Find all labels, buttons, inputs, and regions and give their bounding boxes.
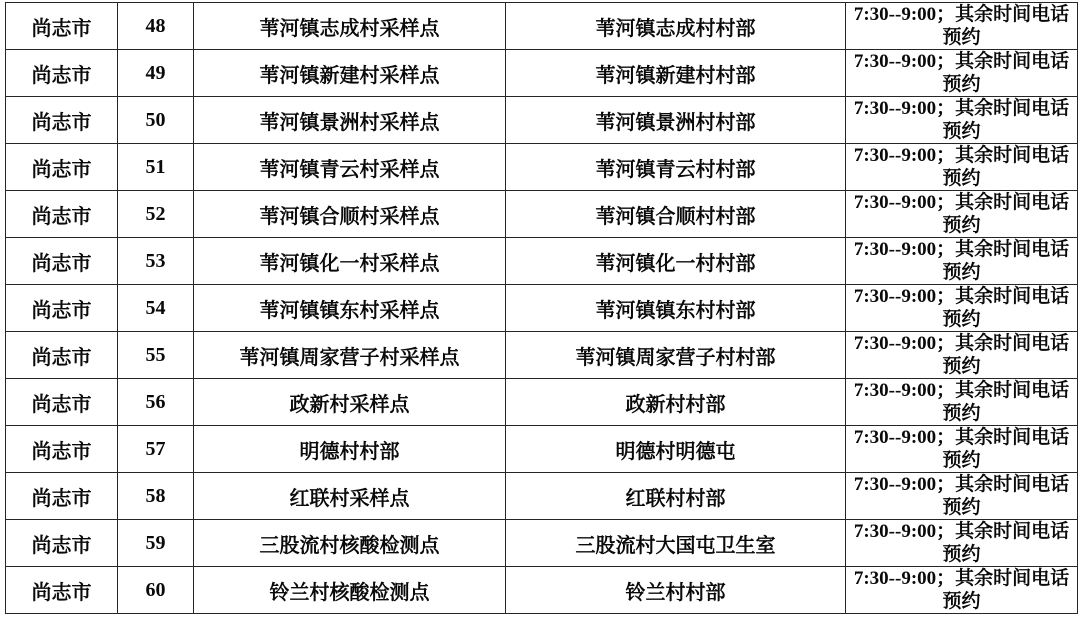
cell-location: 明德村明德屯 [506,426,846,473]
table-row: 尚志市52苇河镇合顺村采样点苇河镇合顺村村部7:30--9:00；其余时间电话预… [6,191,1078,238]
cell-city: 尚志市 [6,426,118,473]
cell-no: 50 [118,97,194,144]
cell-site: 苇河镇新建村采样点 [194,50,506,97]
table-row: 尚志市60铃兰村核酸检测点铃兰村村部7:30--9:00；其余时间电话预约 [6,567,1078,614]
cell-hours: 7:30--9:00；其余时间电话预约 [846,567,1078,614]
table-row: 尚志市51苇河镇青云村采样点苇河镇青云村村部7:30--9:00；其余时间电话预… [6,144,1078,191]
table-row: 尚志市55苇河镇周家营子村采样点苇河镇周家营子村村部7:30--9:00；其余时… [6,332,1078,379]
cell-no: 52 [118,191,194,238]
cell-city: 尚志市 [6,473,118,520]
cell-no: 54 [118,285,194,332]
table-row: 尚志市50苇河镇景洲村采样点苇河镇景洲村村部7:30--9:00；其余时间电话预… [6,97,1078,144]
sampling-points-table: 尚志市48苇河镇志成村采样点苇河镇志成村村部7:30--9:00；其余时间电话预… [5,2,1078,614]
cell-site: 铃兰村核酸检测点 [194,567,506,614]
table-row: 尚志市57明德村村部明德村明德屯7:30--9:00；其余时间电话预约 [6,426,1078,473]
cell-no: 49 [118,50,194,97]
cell-location: 红联村村部 [506,473,846,520]
cell-no: 55 [118,332,194,379]
cell-hours: 7:30--9:00；其余时间电话预约 [846,144,1078,191]
cell-no: 59 [118,520,194,567]
cell-location: 苇河镇新建村村部 [506,50,846,97]
cell-hours: 7:30--9:00；其余时间电话预约 [846,191,1078,238]
cell-site: 三股流村核酸检测点 [194,520,506,567]
cell-hours: 7:30--9:00；其余时间电话预约 [846,426,1078,473]
cell-hours: 7:30--9:00；其余时间电话预约 [846,285,1078,332]
cell-city: 尚志市 [6,3,118,50]
table-row: 尚志市54苇河镇镇东村采样点苇河镇镇东村村部7:30--9:00；其余时间电话预… [6,285,1078,332]
cell-location: 苇河镇化一村村部 [506,238,846,285]
cell-no: 56 [118,379,194,426]
cell-site: 苇河镇景洲村采样点 [194,97,506,144]
cell-location: 苇河镇青云村村部 [506,144,846,191]
cell-city: 尚志市 [6,379,118,426]
cell-hours: 7:30--9:00；其余时间电话预约 [846,97,1078,144]
cell-city: 尚志市 [6,144,118,191]
cell-site: 红联村采样点 [194,473,506,520]
cell-city: 尚志市 [6,238,118,285]
cell-site: 苇河镇青云村采样点 [194,144,506,191]
cell-no: 53 [118,238,194,285]
table-row: 尚志市58红联村采样点红联村村部7:30--9:00；其余时间电话预约 [6,473,1078,520]
cell-city: 尚志市 [6,191,118,238]
cell-city: 尚志市 [6,567,118,614]
cell-site: 苇河镇化一村采样点 [194,238,506,285]
cell-location: 政新村村部 [506,379,846,426]
cell-no: 51 [118,144,194,191]
cell-site: 苇河镇志成村采样点 [194,3,506,50]
cell-city: 尚志市 [6,50,118,97]
cell-hours: 7:30--9:00；其余时间电话预约 [846,50,1078,97]
cell-no: 57 [118,426,194,473]
cell-location: 苇河镇镇东村村部 [506,285,846,332]
cell-site: 苇河镇周家营子村采样点 [194,332,506,379]
cell-hours: 7:30--9:00；其余时间电话预约 [846,332,1078,379]
cell-hours: 7:30--9:00；其余时间电话预约 [846,238,1078,285]
table-row: 尚志市48苇河镇志成村采样点苇河镇志成村村部7:30--9:00；其余时间电话预… [6,3,1078,50]
cell-hours: 7:30--9:00；其余时间电话预约 [846,520,1078,567]
cell-hours: 7:30--9:00；其余时间电话预约 [846,3,1078,50]
cell-site: 苇河镇合顺村采样点 [194,191,506,238]
cell-hours: 7:30--9:00；其余时间电话预约 [846,473,1078,520]
table-row: 尚志市49苇河镇新建村采样点苇河镇新建村村部7:30--9:00；其余时间电话预… [6,50,1078,97]
cell-site: 明德村村部 [194,426,506,473]
cell-location: 苇河镇志成村村部 [506,3,846,50]
cell-no: 48 [118,3,194,50]
table-row: 尚志市53苇河镇化一村采样点苇河镇化一村村部7:30--9:00；其余时间电话预… [6,238,1078,285]
cell-city: 尚志市 [6,285,118,332]
table-body: 尚志市48苇河镇志成村采样点苇河镇志成村村部7:30--9:00；其余时间电话预… [6,3,1078,614]
cell-city: 尚志市 [6,332,118,379]
table-row: 尚志市56政新村采样点政新村村部7:30--9:00；其余时间电话预约 [6,379,1078,426]
cell-location: 苇河镇周家营子村村部 [506,332,846,379]
cell-site: 政新村采样点 [194,379,506,426]
cell-location: 铃兰村村部 [506,567,846,614]
cell-no: 60 [118,567,194,614]
cell-location: 三股流村大国屯卫生室 [506,520,846,567]
cell-location: 苇河镇合顺村村部 [506,191,846,238]
cell-city: 尚志市 [6,97,118,144]
cell-no: 58 [118,473,194,520]
cell-site: 苇河镇镇东村采样点 [194,285,506,332]
cell-hours: 7:30--9:00；其余时间电话预约 [846,379,1078,426]
cell-location: 苇河镇景洲村村部 [506,97,846,144]
cell-city: 尚志市 [6,520,118,567]
table-row: 尚志市59三股流村核酸检测点三股流村大国屯卫生室7:30--9:00；其余时间电… [6,520,1078,567]
